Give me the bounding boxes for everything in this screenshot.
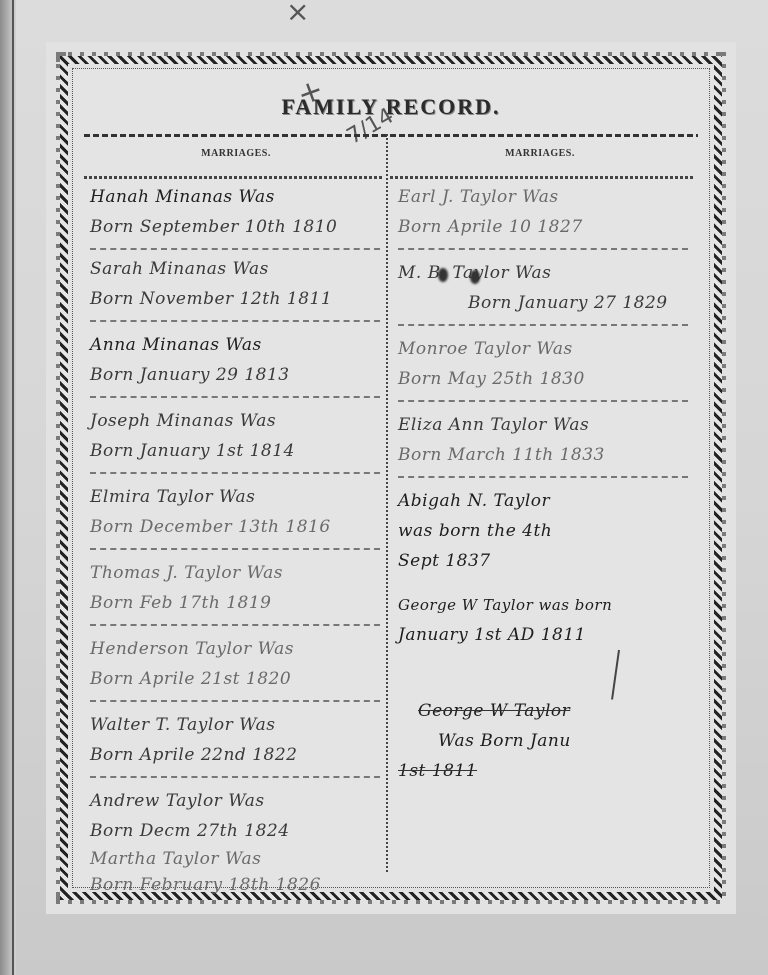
entry-date-line: 1st 1811 [398,756,688,786]
entry-name-line: Walter T. Taylor Was [90,710,380,740]
entry-birth-line: Born January 29 1813 [90,360,380,390]
entry-birth-line: Born September 10th 1810 [90,212,380,242]
entry-birth-line: Born May 25th 1830 [398,364,688,394]
entry-name-line: Eliza Ann Taylor Was [398,410,688,440]
record-entry: Walter T. Taylor Was Born Aprile 22nd 18… [90,710,380,778]
entry-name-line: George W Taylor was born [398,590,688,620]
record-entry: Monroe Taylor Was Born May 25th 1830 [398,334,688,402]
entry-name-line: Anna Minanas Was [90,330,380,360]
entry-date-line: Sept 1837 [398,546,688,576]
record-entry: Joseph Minanas Was Born January 1st 1814 [90,406,380,474]
entry-name-line: Elmira Taylor Was [90,482,380,512]
entry-name-line: Abigah N. Taylor [398,486,688,516]
entry-birth-line: was born the 4th [398,516,688,546]
entry-birth-line: Was Born Janu [398,726,688,756]
left-column-entries: Hanah Minanas Was Born September 10th 18… [90,182,380,912]
entry-name-line: Joseph Minanas Was [90,406,380,436]
family-record-frame: FAMILY RECORD. + 7/14 MARRIAGES. MARRIAG… [46,42,736,914]
record-entry: George W Taylor was born January 1st AD … [398,590,688,656]
record-entry: Andrew Taylor Was Born Decm 27th 1824 [90,786,380,846]
right-header-rule [390,176,694,179]
entry-birth-line: Born Aprile 22nd 1822 [90,740,380,770]
record-entry: Thomas J. Taylor Was Born Feb 17th 1819 [90,558,380,626]
record-entry: Elmira Taylor Was Born December 13th 181… [90,482,380,550]
record-entry-crossed-out: George W Taylor Was Born Janu 1st 1811 [398,696,688,792]
entry-name-line: Henderson Taylor Was [90,634,380,664]
entry-birth-line: Born January 1st 1814 [90,436,380,466]
record-entry: Sarah Minanas Was Born November 12th 181… [90,254,380,322]
entry-birth-line: January 1st AD 1811 [398,620,688,650]
entry-birth-line: Born Decm 27th 1824 [90,816,380,846]
record-entry: Martha Taylor Was Born February 18th 182… [90,846,380,904]
entry-birth-line: Born Aprile 10 1827 [398,212,688,242]
entry-name-line: Hanah Minanas Was [90,182,380,212]
record-entry: Anna Minanas Was Born January 29 1813 [90,330,380,398]
entry-name-line: Andrew Taylor Was [90,786,380,816]
record-entry: Earl J. Taylor Was Born Aprile 10 1827 [398,182,688,250]
entry-birth-line: Born November 12th 1811 [90,284,380,314]
entry-birth-line: Born Feb 17th 1819 [90,588,380,618]
left-header-rule [84,176,384,179]
entry-birth-line: Born December 13th 1816 [90,512,380,542]
entry-name-line: Thomas J. Taylor Was [90,558,380,588]
entry-birth-line: Born Aprile 21st 1820 [90,664,380,694]
entry-name-line: Earl J. Taylor Was [398,182,688,212]
pencil-x-mark: × [286,0,309,26]
ink-stroke [611,650,620,700]
ink-blot [438,268,448,282]
title-divider [84,134,698,137]
record-entry: Henderson Taylor Was Born Aprile 21st 18… [90,634,380,702]
column-divider [386,134,388,874]
ink-blot [470,270,480,284]
entry-name-line: Martha Taylor Was [90,846,380,872]
left-column-header: MARRIAGES. [86,148,386,159]
record-entry: Abigah N. Taylor was born the 4th Sept 1… [398,486,688,582]
entry-name-line: Monroe Taylor Was [398,334,688,364]
record-entry: Hanah Minanas Was Born September 10th 18… [90,182,380,250]
right-column-header: MARRIAGES. [390,148,690,159]
entry-birth-line: Born February 18th 1826 [90,872,380,898]
record-entry: Eliza Ann Taylor Was Born March 11th 183… [398,410,688,478]
entry-birth-line: Born March 11th 1833 [398,440,688,470]
right-column-entries: Earl J. Taylor Was Born Aprile 10 1827 M… [398,182,688,800]
entry-name-line: George W Taylor [398,696,688,726]
entry-birth-line: Born January 27 1829 [398,288,688,318]
record-entry: M. B. Taylor Was Born January 27 1829 [398,258,688,326]
binding-line [12,0,14,975]
entry-name-line: Sarah Minanas Was [90,254,380,284]
